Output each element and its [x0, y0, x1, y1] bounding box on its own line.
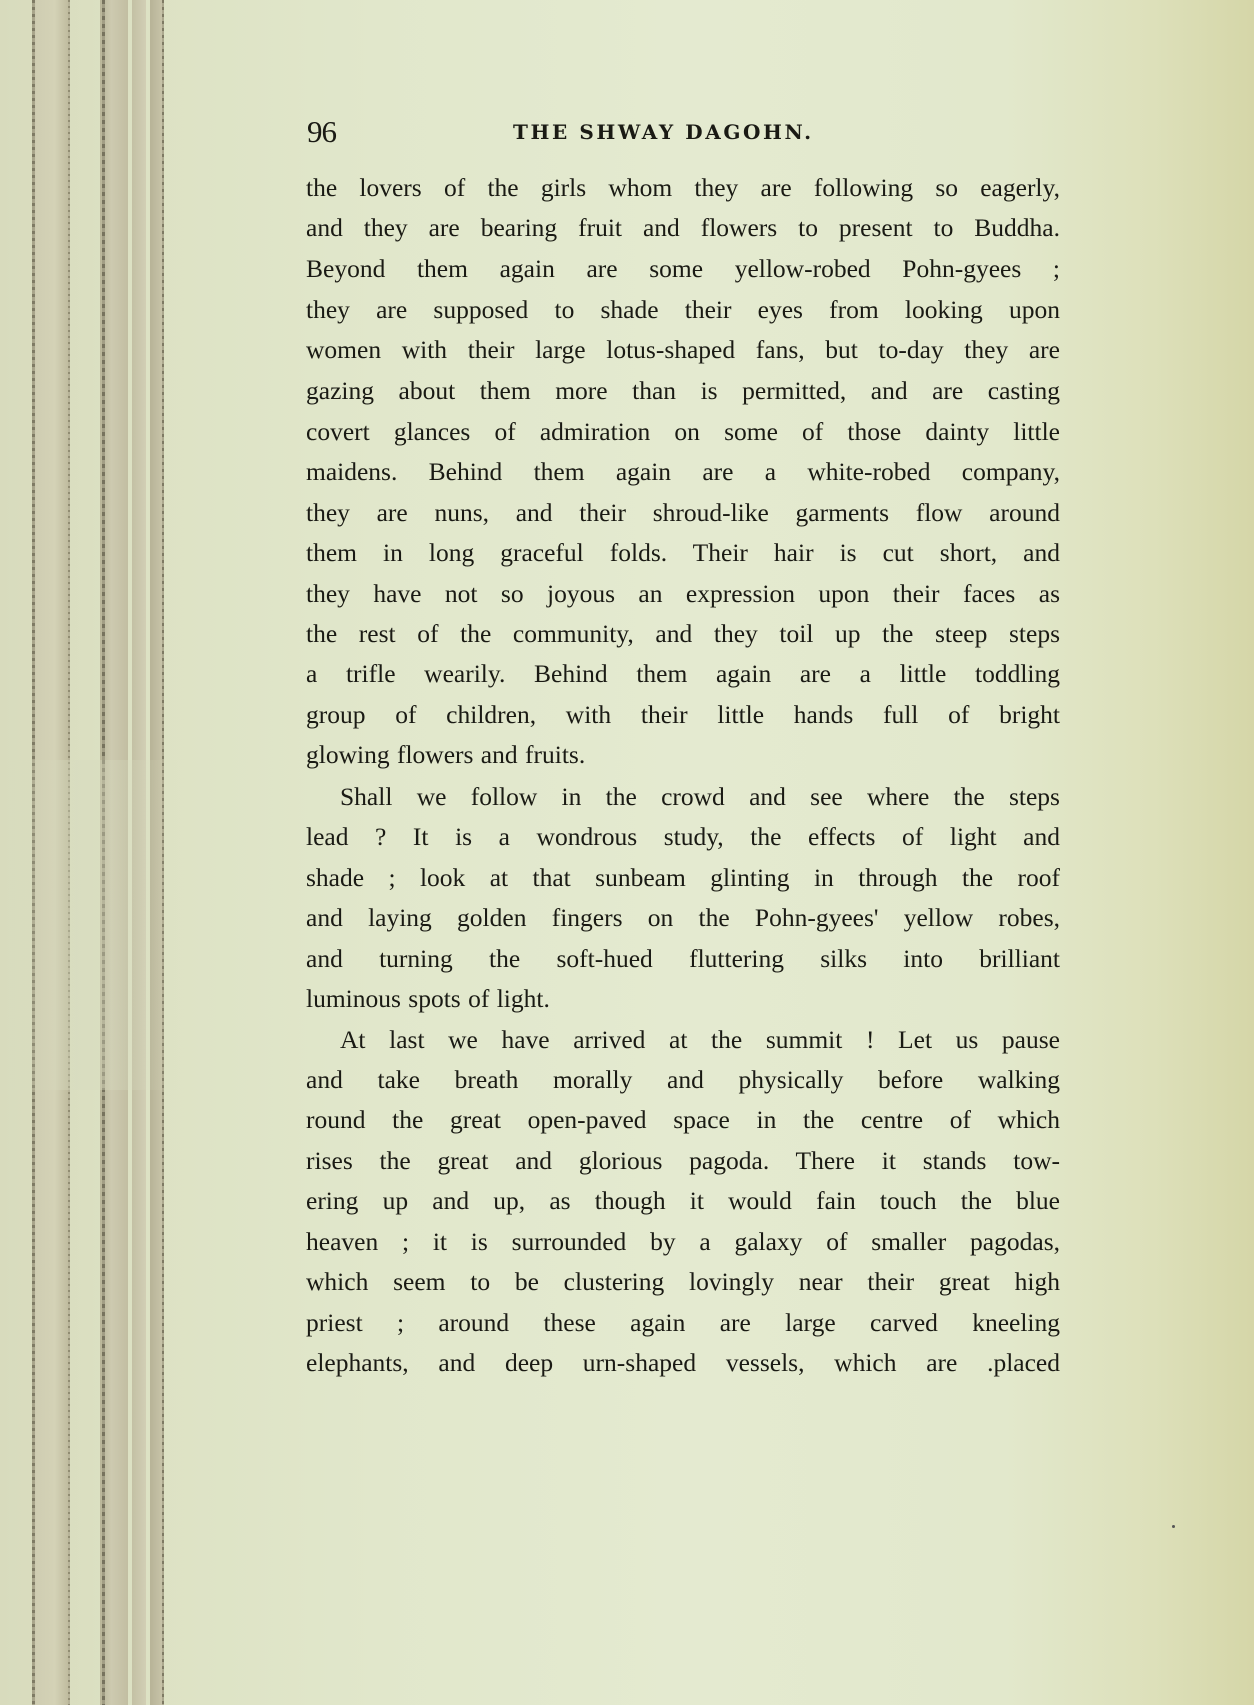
text-line: lead ? It is a wondrous study, the effec… — [306, 817, 1060, 857]
text-line: them in long graceful folds. Their hair … — [306, 533, 1060, 573]
text-line: priest ; around these again are large ca… — [306, 1303, 1060, 1343]
text-line: they have not so joyous an expression up… — [306, 574, 1060, 614]
text-line: the lovers of the girls whom they are fo… — [306, 168, 1060, 208]
page-number: 96 — [307, 114, 336, 150]
text-line: glowing flowers and fruits. — [306, 735, 1060, 775]
text-line: elephants, and deep urn-shaped vessels, … — [306, 1343, 1060, 1383]
text-line: which seem to be clustering lovingly nea… — [306, 1262, 1060, 1302]
text-line: they are nuns, and their shroud-like gar… — [306, 493, 1060, 533]
text-line: and take breath morally and physically b… — [306, 1060, 1060, 1100]
page-header: 96 THE SHWAY DAGOHN. — [307, 112, 1059, 152]
text-line: and laying golden fingers on the Pohn-gy… — [306, 898, 1060, 938]
text-line: and they are bearing fruit and flowers t… — [306, 208, 1060, 248]
running-head: THE SHWAY DAGOHN. — [513, 120, 814, 144]
text-line: Beyond them again are some yellow-robed … — [306, 249, 1060, 289]
paragraph-start-line: At last we have arrived at the summit ! … — [340, 1020, 1060, 1060]
text-line: rises the great and glorious pagoda. The… — [306, 1141, 1060, 1181]
text-line: heaven ; it is surrounded by a galaxy of… — [306, 1222, 1060, 1262]
stacked-page-edges — [0, 0, 180, 1705]
paper-speck — [1172, 1525, 1175, 1528]
text-line: the rest of the community, and they toil… — [306, 614, 1060, 654]
text-line: round the great open-paved space in the … — [306, 1100, 1060, 1140]
text-line: and turning the soft-hued fluttering sil… — [306, 939, 1060, 979]
text-line: shade ; look at that sunbeam glinting in… — [306, 858, 1060, 898]
text-line: maidens. Behind them again are a white-r… — [306, 452, 1060, 492]
text-line: ering up and up, as though it would fain… — [306, 1181, 1060, 1221]
text-line: covert glances of admiration on some of … — [306, 412, 1060, 452]
text-line: gazing about them more than is permitted… — [306, 371, 1060, 411]
scan-blur-band — [0, 760, 180, 1090]
text-line: they are supposed to shade their eyes fr… — [306, 290, 1060, 330]
text-line: a trifle wearily. Behind them again are … — [306, 654, 1060, 694]
paragraph-start-line: Shall we follow in the crowd and see whe… — [340, 777, 1060, 817]
text-line: luminous spots of light. — [306, 979, 1060, 1019]
text-line: group of children, with their little han… — [306, 695, 1060, 735]
text-line: women with their large lotus-shaped fans… — [306, 330, 1060, 370]
